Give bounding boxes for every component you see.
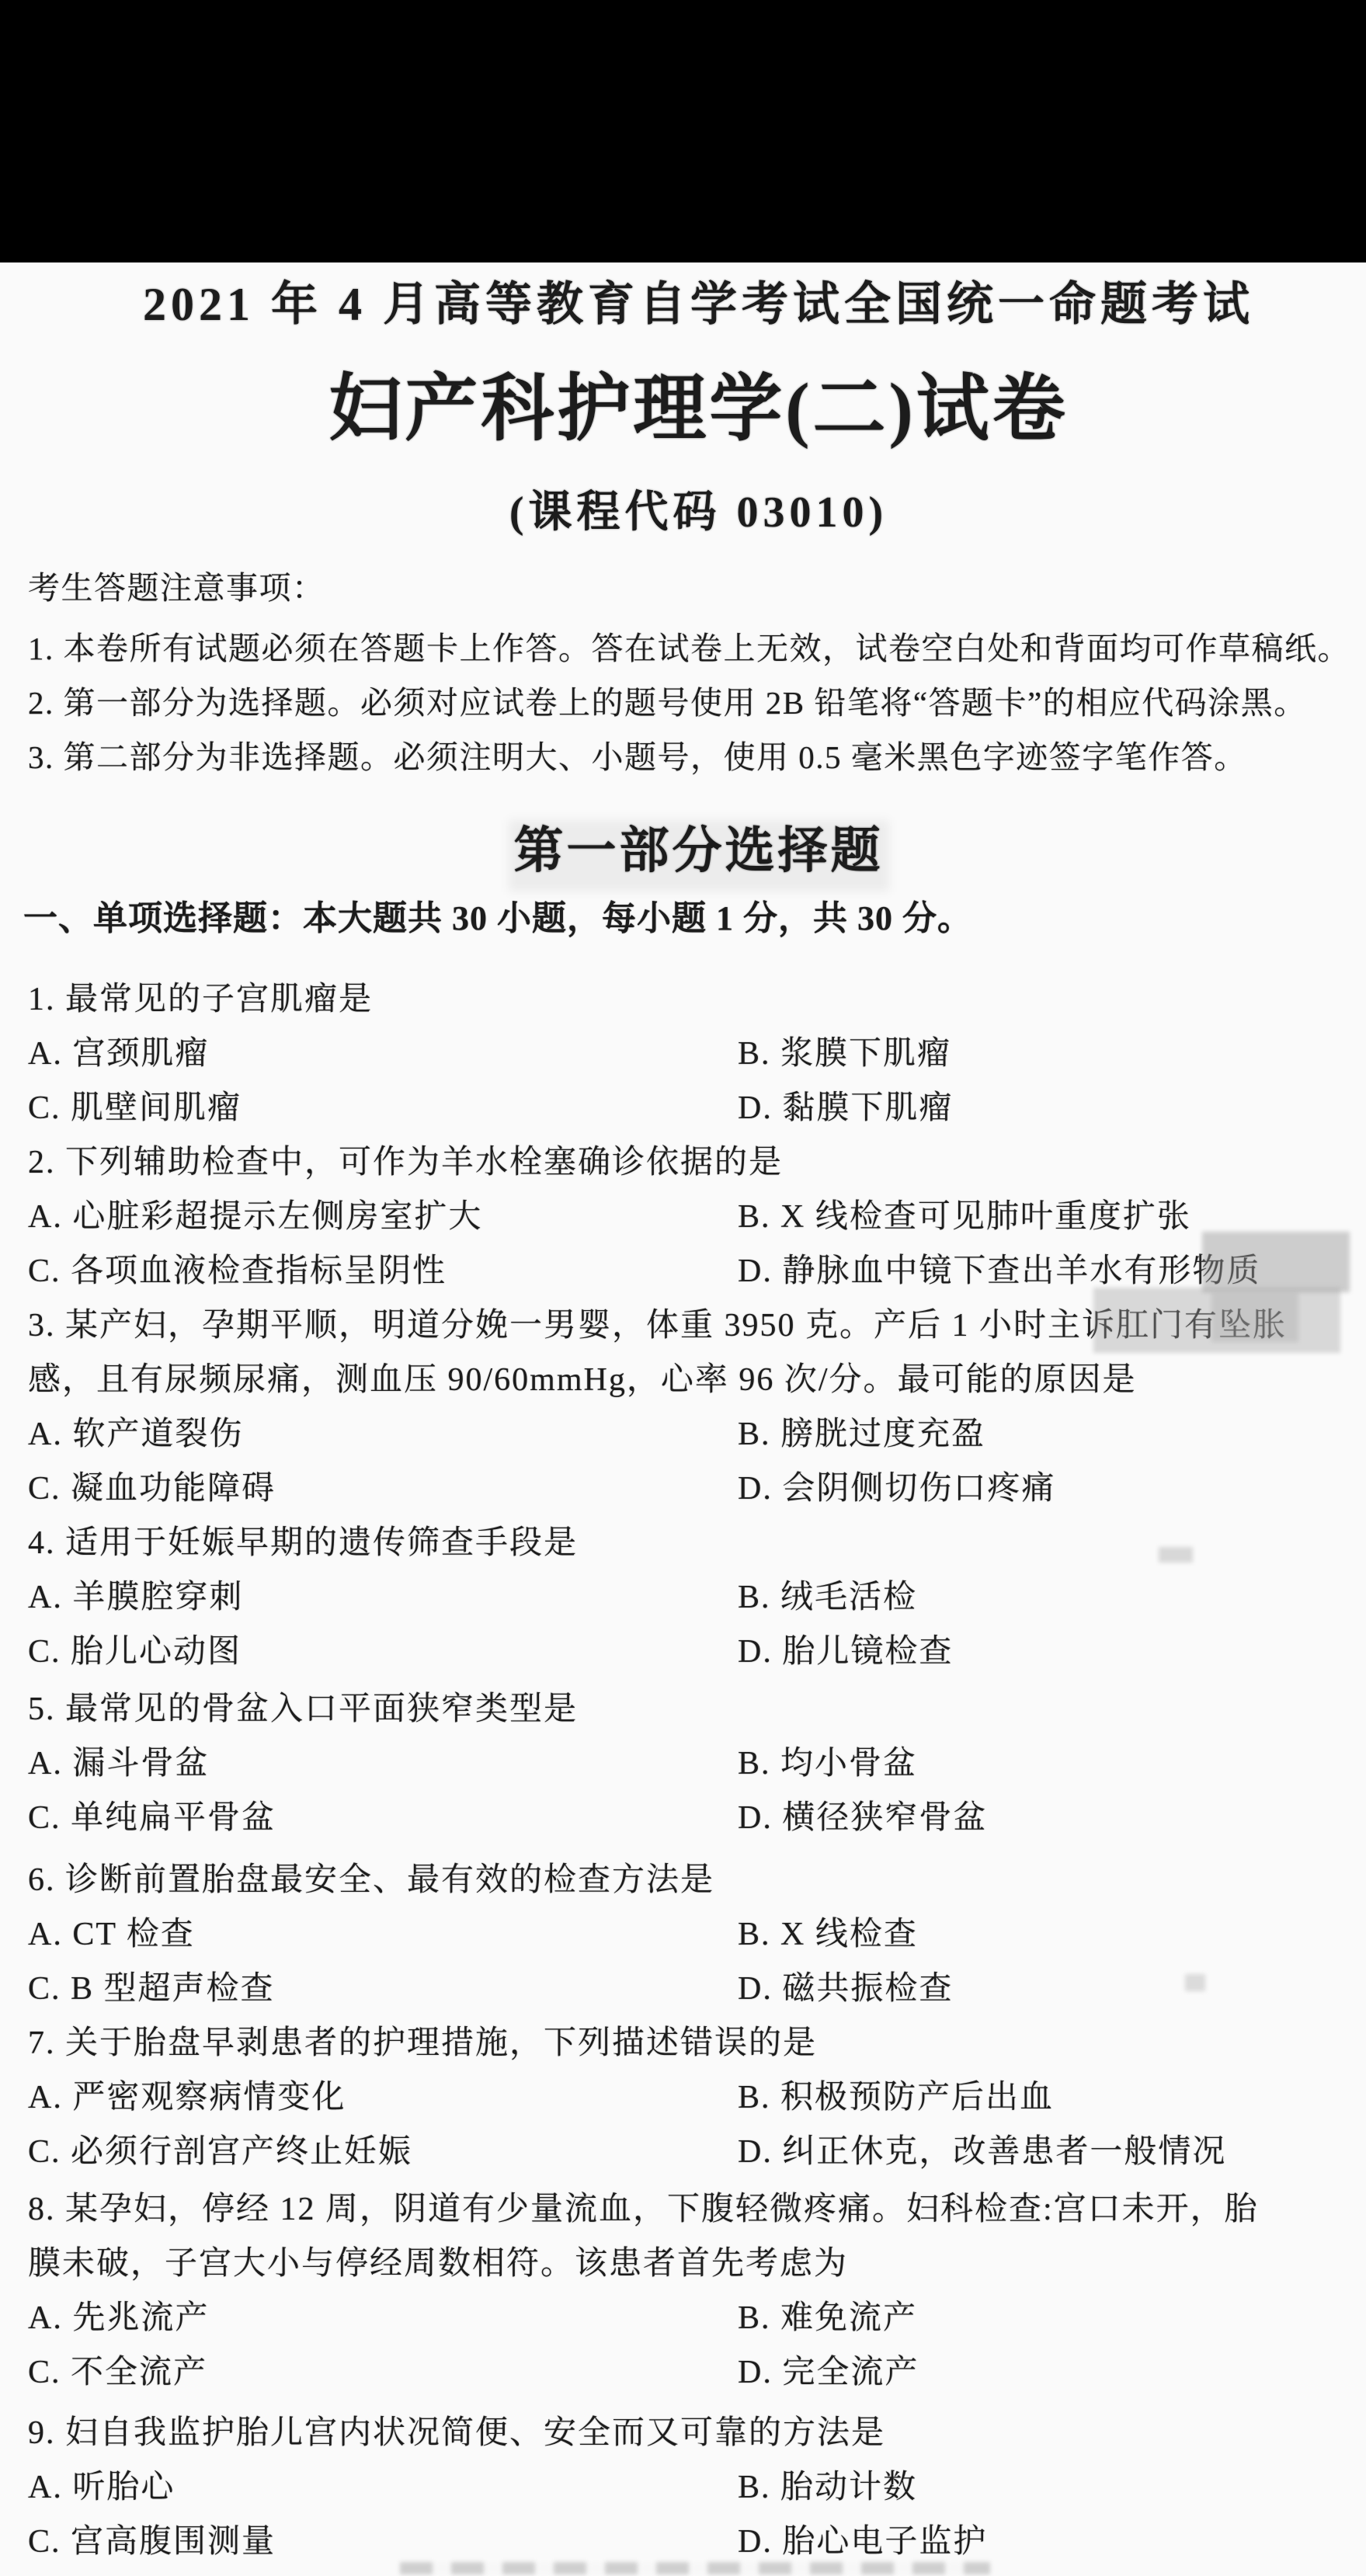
question-8: 8. 某孕妇，停经 12 周，阴道有少量流血，下腹轻微疼痛。妇科检查:宫口未开，… [0,2182,1366,2400]
question-1: 1. 最常见的子宫肌瘤是 A. 宫颈肌瘤 B. 浆膜下肌瘤 C. 肌壁间肌瘤 D… [0,972,1366,1135]
option-d: D. 黏膜下肌瘤 [738,1081,1366,1135]
question-stem: 6. 诊断前置胎盘最安全、最有效的检查方法是 [0,1853,1366,1907]
option-a: A. 心脏彩超提示左侧房室扩大 [28,1190,738,1244]
question-stem-line2: 膜未破，子宫大小与停经周数相符。该患者首先考虑为 [0,2237,1366,2291]
scan-speck [1185,1974,1205,1991]
option-c: C. 各项血液检查指标呈阴性 [28,1244,738,1298]
option-a: A. CT 检查 [28,1907,738,1962]
option-c: C. B 型超声检查 [28,1962,738,2016]
course-code: (课程代码 03010) [0,481,1366,544]
option-d: D. 纠正休克，改善患者一般情况 [738,2125,1366,2179]
option-c: C. 单纯扁平骨盆 [28,1791,738,1845]
scan-smudge [1093,1288,1340,1353]
option-a: A. 软产道裂伤 [28,1407,738,1462]
options-grid: A. 先兆流产 B. 难免流产 C. 不全流产 D. 完全流产 [0,2291,1366,2400]
question-7: 7. 关于胎盘早剥患者的护理措施，下列描述错误的是 A. 严密观察病情变化 B.… [0,2016,1366,2179]
option-d: D. 胎儿镜检查 [738,1625,1366,1679]
notice-heading: 考生答题注意事项： [0,561,1366,615]
option-b: B. 膀胱过度充盈 [738,1407,1366,1462]
paper-title: 妇产科护理学(二)试卷 [0,359,1366,460]
option-c: C. 肌壁间肌瘤 [28,1081,738,1135]
option-c: C. 胎儿心动图 [28,1625,738,1679]
option-b: B. 胎动计数 [738,2460,1366,2515]
option-d: D. 横径狭窄骨盆 [738,1791,1366,1845]
top-letterbox-bar [0,0,1366,262]
scanned-exam-paper: 2021 年 4 月高等教育自学考试全国统一命题考试 妇产科护理学(二)试卷 (… [0,0,1366,2576]
option-d: D. 胎心电子监护 [738,2515,1366,2569]
question-4: 4. 适用于妊娠早期的遗传筛查手段是 A. 羊膜腔穿刺 B. 绒毛活检 C. 胎… [0,1516,1366,1679]
option-b: B. 积极预防产后出血 [738,2070,1366,2125]
options-grid: A. 听胎心 B. 胎动计数 C. 宫高腹围测量 D. 胎心电子监护 [0,2460,1366,2569]
options-grid: A. CT 检查 B. X 线检查 C. B 型超声检查 D. 磁共振检查 [0,1907,1366,2016]
option-b: B. X 线检查 [738,1907,1366,1962]
options-grid: A. 软产道裂伤 B. 膀胱过度充盈 C. 凝血功能障碍 D. 会阴侧切伤口疼痛 [0,1407,1366,1516]
question-stem-line2: 感，且有尿频尿痛，测血压 90/60mmHg，心率 96 次/分。最可能的原因是 [0,1353,1366,1407]
option-a: A. 宫颈肌瘤 [28,1027,738,1081]
question-stem: 5. 最常见的骨盆入口平面狭窄类型是 [0,1682,1366,1736]
question-5: 5. 最常见的骨盆入口平面狭窄类型是 A. 漏斗骨盆 B. 均小骨盆 C. 单纯… [0,1682,1366,1845]
options-grid: A. 羊膜腔穿刺 B. 绒毛活检 C. 胎儿心动图 D. 胎儿镜检查 [0,1570,1366,1679]
option-b: B. 难免流产 [738,2291,1366,2345]
options-grid: A. 严密观察病情变化 B. 积极预防产后出血 C. 必须行剖宫产终止妊娠 D.… [0,2070,1366,2179]
exam-session-title: 2021 年 4 月高等教育自学考试全国统一命题考试 [0,273,1366,335]
notice-item-3: 3. 第二部分为非选择题。必须注明大、小题号，使用 0.5 毫米黑色字迹签字笔作… [0,730,1366,784]
question-9: 9. 妇自我监护胎儿宫内状况简便、安全而又可靠的方法是 A. 听胎心 B. 胎动… [0,2406,1366,2569]
option-a: A. 严密观察病情变化 [28,2070,738,2125]
options-grid: A. 漏斗骨盆 B. 均小骨盆 C. 单纯扁平骨盆 D. 横径狭窄骨盆 [0,1736,1366,1845]
question-6: 6. 诊断前置胎盘最安全、最有效的检查方法是 A. CT 检查 B. X 线检查… [0,1853,1366,2016]
options-grid: A. 心脏彩超提示左侧房室扩大 B. X 线检查可见肺叶重度扩张 C. 各项血液… [0,1190,1366,1298]
option-c: C. 不全流产 [28,2345,738,2400]
question-2: 2. 下列辅助检查中，可作为羊水栓塞确诊依据的是 A. 心脏彩超提示左侧房室扩大… [0,1135,1366,1298]
option-b: B. 绒毛活检 [738,1570,1366,1625]
option-c: C. 宫高腹围测量 [28,2515,738,2569]
option-b: B. 均小骨盆 [738,1736,1366,1791]
section-instruction: 一、单项选择题：本大题共 30 小题，每小题 1 分，共 30 分。 [0,892,1366,946]
option-d: D. 完全流产 [738,2345,1366,2400]
cut-off-blurred-text [400,2562,990,2574]
question-stem: 2. 下列辅助检查中，可作为羊水栓塞确诊依据的是 [0,1135,1366,1190]
section-heading: 第一部分选择题 [0,815,1366,887]
option-b: B. 浆膜下肌瘤 [738,1027,1366,1081]
option-c: C. 必须行剖宫产终止妊娠 [28,2125,738,2179]
option-a: A. 漏斗骨盆 [28,1736,738,1791]
question-stem: 7. 关于胎盘早剥患者的护理措施，下列描述错误的是 [0,2016,1366,2070]
notice-item-1: 1. 本卷所有试题必须在答题卡上作答。答在试卷上无效，试卷空白处和背面均可作草稿… [0,621,1366,676]
scan-speck [1159,1547,1193,1563]
scan-smudge [1202,1232,1350,1292]
question-stem: 1. 最常见的子宫肌瘤是 [0,972,1366,1027]
option-a: A. 羊膜腔穿刺 [28,1570,738,1625]
notice-item-2: 2. 第一部分为选择题。必须对应试卷上的题号使用 2B 铅笔将“答题卡”的相应代… [0,676,1366,730]
option-d: D. 会阴侧切伤口疼痛 [738,1462,1366,1516]
question-stem: 8. 某孕妇，停经 12 周，阴道有少量流血，下腹轻微疼痛。妇科检查:宫口未开，… [0,2182,1366,2237]
option-a: A. 听胎心 [28,2460,738,2515]
option-c: C. 凝血功能障碍 [28,1462,738,1516]
options-grid: A. 宫颈肌瘤 B. 浆膜下肌瘤 C. 肌壁间肌瘤 D. 黏膜下肌瘤 [0,1027,1366,1135]
question-stem: 9. 妇自我监护胎儿宫内状况简便、安全而又可靠的方法是 [0,2406,1366,2460]
option-d: D. 磁共振检查 [738,1962,1366,2016]
option-a: A. 先兆流产 [28,2291,738,2345]
